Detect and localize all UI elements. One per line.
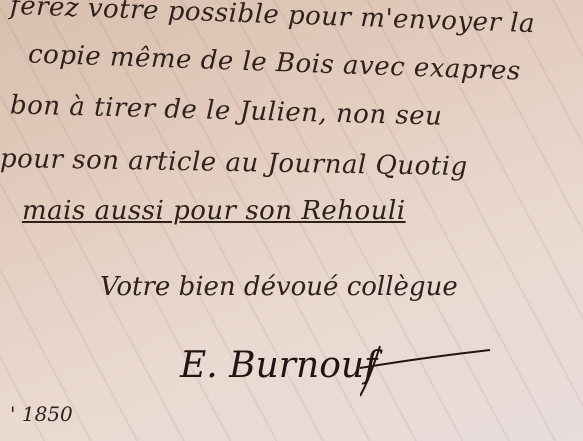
date-fragment: ' 1850 xyxy=(10,402,73,426)
letter-closing: Votre bien dévoué collègue xyxy=(100,272,458,302)
signature-flourish-icon xyxy=(360,338,510,398)
letter-paper: ferez votre possible pour m'envoyer la c… xyxy=(0,0,583,441)
signature: E. Burnouf xyxy=(180,345,377,386)
letter-line-5: mais aussi pour son Rehouli xyxy=(22,196,406,226)
